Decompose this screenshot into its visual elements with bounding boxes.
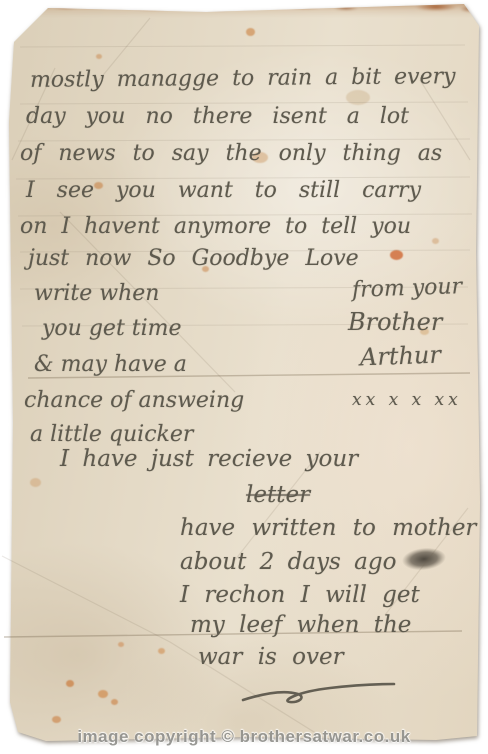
foxing-spot — [432, 238, 439, 244]
letter-line: have written to mother — [180, 515, 476, 541]
letter-line: war is over — [198, 644, 344, 670]
foxing-spot — [66, 680, 74, 687]
signature-line: from your — [352, 274, 463, 303]
kisses: xx x x xx — [352, 390, 462, 410]
foxing-spot — [118, 642, 124, 647]
letter-line: my leef when the — [190, 612, 411, 638]
foxing-spot — [96, 54, 102, 59]
foxing-spot — [246, 28, 255, 36]
letter-line: on I havent anymore to tell you — [20, 214, 411, 239]
foxing-spot — [98, 690, 108, 698]
foxing-spot — [30, 478, 41, 487]
foxing-spot — [52, 716, 61, 723]
ink-blot — [401, 546, 447, 572]
foxing-spot — [158, 648, 165, 654]
letter-line: you get time — [42, 316, 182, 341]
foxing-spot — [111, 699, 118, 705]
letter-line: mostly managge to rain a bit every — [30, 64, 456, 93]
letter-line: a little quicker — [30, 422, 193, 447]
letter-line: I rechon I will get — [180, 582, 420, 608]
letter-scan: mostly managge to rain a bit every day y… — [0, 0, 488, 754]
foxing-spot — [346, 90, 370, 105]
letter-line: chance of answeing — [24, 388, 244, 413]
watermark-text: image copyright © brothersatwar.co.uk — [0, 727, 488, 747]
letter-line: write when — [34, 281, 159, 306]
letter-line: day you no there isent a lot — [26, 104, 409, 129]
letter-line: about 2 days ago — [180, 549, 396, 575]
signature-line: Brother — [348, 308, 442, 336]
letter-line: I have just recieve your — [60, 446, 358, 472]
letter-line: just now So Goodbye Love — [28, 246, 359, 271]
letter-line: of news to say the only thing as — [20, 141, 442, 166]
foxing-spot — [390, 250, 403, 260]
rust-stain-band — [6, 2, 482, 17]
letter-line: I see you want to still carry — [26, 178, 421, 203]
letter-line: letter — [246, 482, 310, 508]
signature-name: Arthur — [360, 341, 442, 372]
letter-line: & may have a — [34, 352, 187, 377]
